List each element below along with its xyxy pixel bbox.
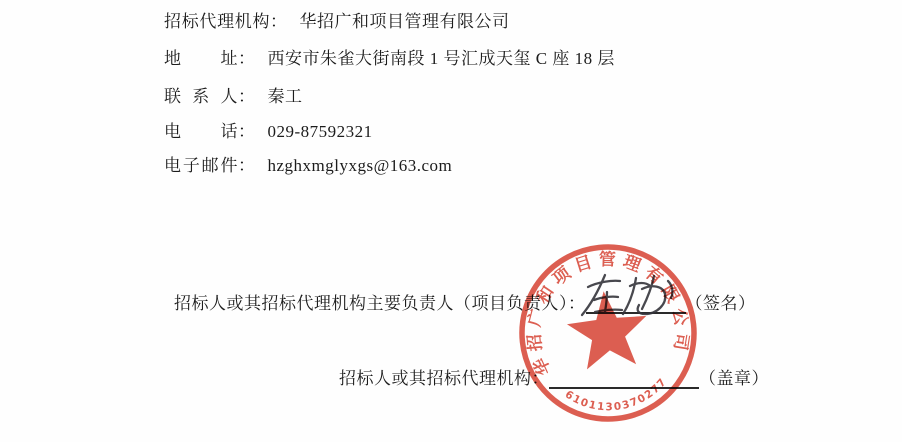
field-value: 西安市朱雀大街南段 1 号汇成天玺 C 座 18 层 (268, 49, 615, 68)
handwritten-signature (576, 267, 694, 321)
field-colon: ： (238, 151, 256, 176)
signature-blank (586, 295, 686, 314)
field-value: 029-87592321 (268, 122, 373, 141)
stamp-line: 招标人或其招标代理机构：（盖章） (339, 364, 769, 389)
signature-line-label: 招标人或其招标代理机构主要负责人（项目负责人）： (174, 294, 586, 313)
stamp-blank (549, 370, 699, 389)
signature-line-suffix: （签名） (686, 294, 756, 313)
field-label: 电话 (164, 117, 238, 142)
field-label: 联系人 (164, 82, 238, 107)
field-address: 地址：西安市朱雀大街南段 1 号汇成天玺 C 座 18 层 (164, 44, 615, 69)
field-label: 招标代理机构 (164, 7, 270, 32)
field-colon: ： (238, 117, 256, 142)
field-value: 华招广和项目管理有限公司 (300, 12, 510, 31)
stamp-line-label: 招标人或其招标代理机构： (339, 369, 549, 388)
field-value: 秦工 (268, 87, 303, 106)
stamp-line-suffix: （盖章） (699, 369, 769, 388)
signature-line: 招标人或其招标代理机构主要负责人（项目负责人）： （签名） (174, 289, 756, 314)
field-value: hzghxmglyxgs@163.com (268, 156, 453, 175)
field-colon: ： (270, 7, 288, 32)
field-label: 电子邮件 (164, 151, 238, 176)
document-page: 招标代理机构：华招广和项目管理有限公司 地址：西安市朱雀大街南段 1 号汇成天玺… (0, 0, 902, 442)
field-label: 地址 (164, 44, 238, 69)
field-email: 电子邮件：hzghxmglyxgs@163.com (164, 151, 452, 176)
field-contact: 联系人：秦工 (164, 82, 303, 107)
field-phone: 电话：029-87592321 (164, 117, 373, 142)
field-agency: 招标代理机构：华招广和项目管理有限公司 (164, 7, 510, 32)
field-colon: ： (238, 44, 256, 69)
field-colon: ： (238, 82, 256, 107)
